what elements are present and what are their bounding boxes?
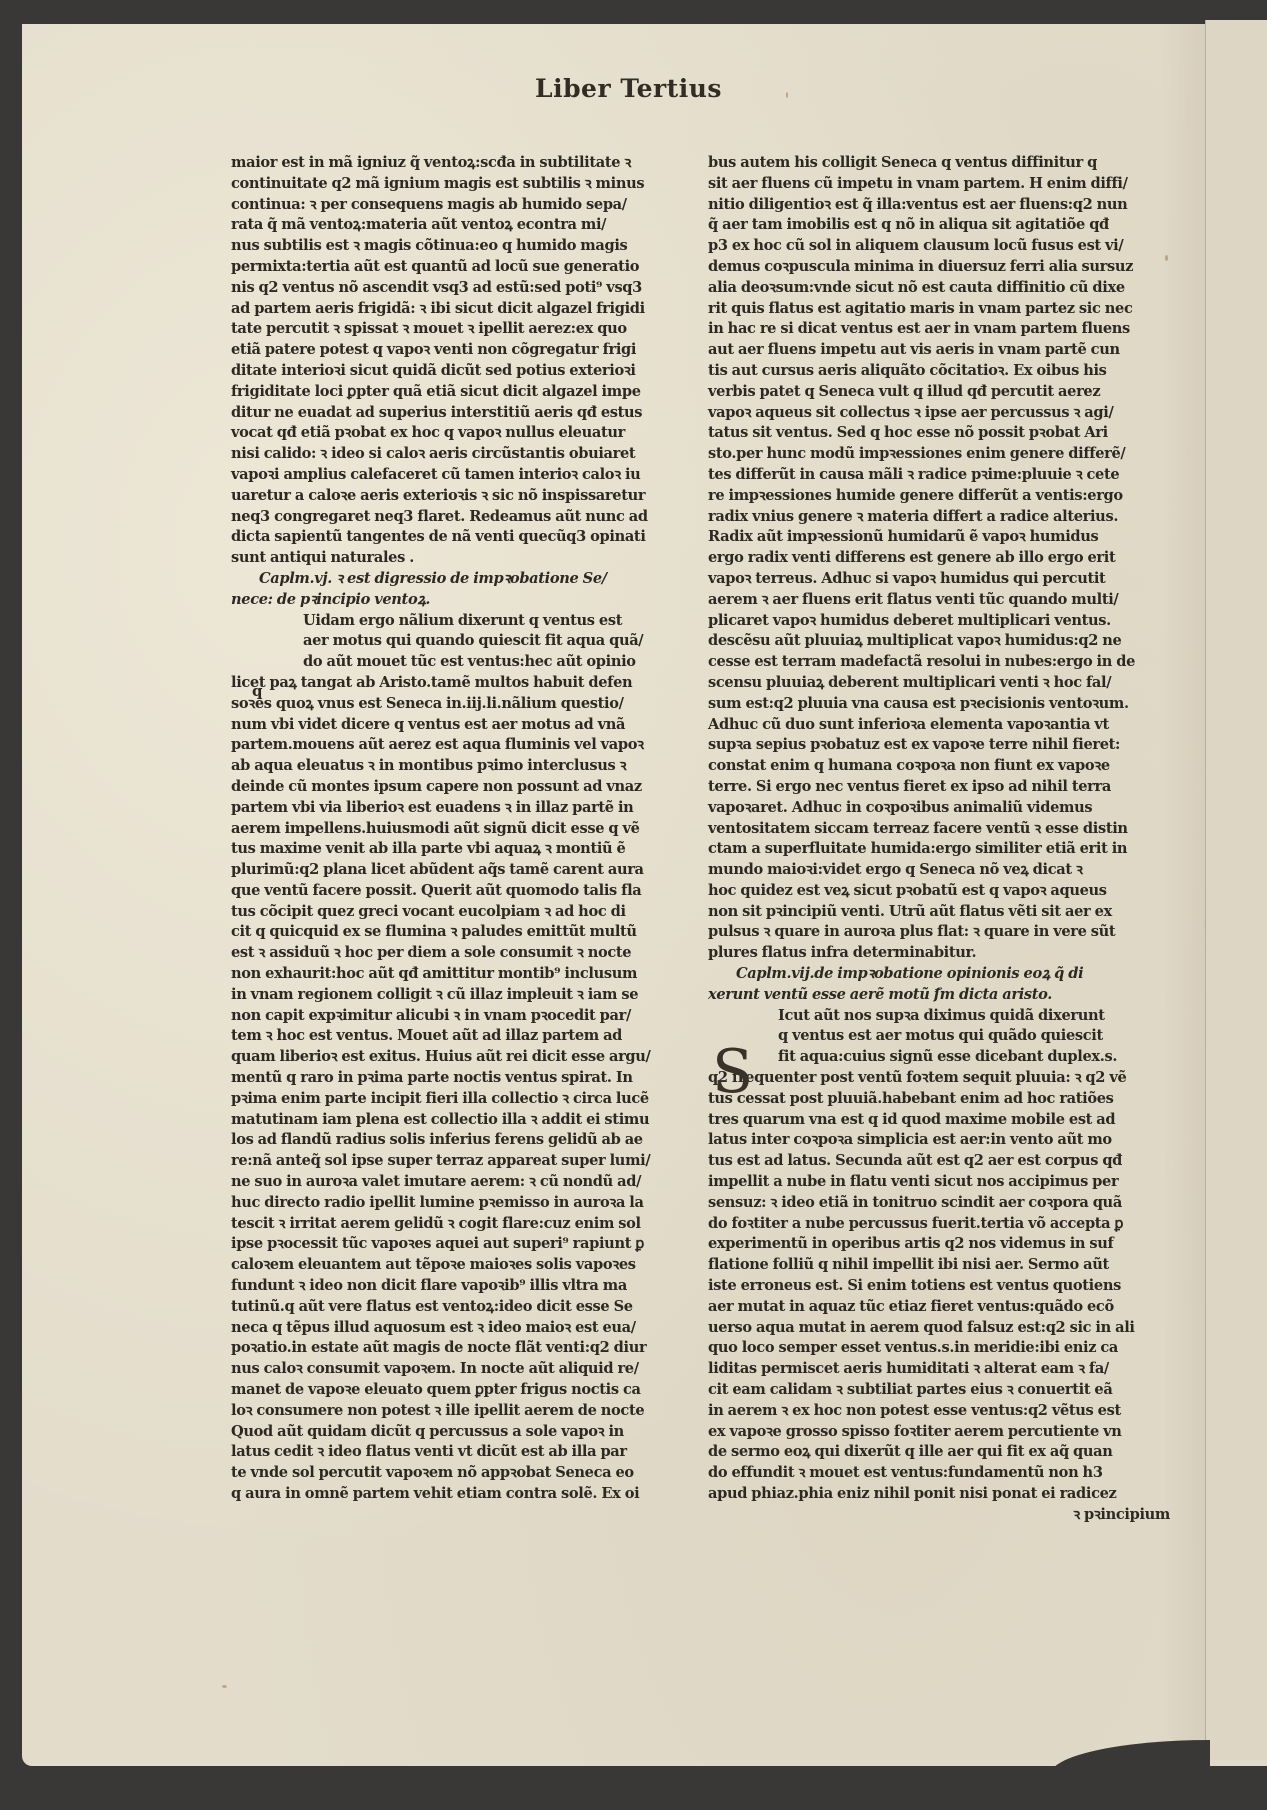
text-line: Caplm.vij.de impꝛobatione opinionis eoꝝ …	[708, 964, 1170, 985]
right-text-column: bus autem his colligit Seneca q ventus d…	[708, 153, 1170, 1526]
text-line: de sermo eoꝝ qui dixerũt q ille aer qui …	[708, 1442, 1170, 1463]
text-line: aerem impellens.huiusmodi aũt signũ dici…	[231, 819, 691, 840]
text-line: continuitate q2 mã ignium magis est subt…	[231, 174, 691, 195]
text-line: quo loco semper esset ventus.s.in meridi…	[708, 1338, 1170, 1359]
chapter-vi-body: licet paꝝ tangat ab Aristo.tamẽ multos h…	[231, 673, 691, 1505]
chapter-vii-body: q2 frequenter post ventũ foꝛtem sequit p…	[708, 1068, 1170, 1505]
text-line: ne suo in auroꝛa valet imutare aerem: ꝛ …	[231, 1172, 691, 1193]
text-line: Caplm.vj. ꝛ est digressio de impꝛobation…	[231, 569, 691, 590]
text-line: do aũt mouet tũc est ventus:hec aũt opin…	[303, 652, 691, 673]
text-line: sto.per hunc modũ impꝛessiones enim gene…	[708, 444, 1170, 465]
paper-speck	[222, 1685, 227, 1688]
text-line: licet paꝝ tangat ab Aristo.tamẽ multos h…	[231, 673, 691, 694]
text-line: neq3 congregaret neq3 flaret. Redeamus a…	[231, 507, 691, 528]
text-line: uerso aqua mutat in aerem quod falsuz es…	[708, 1318, 1170, 1339]
paper-speck	[786, 92, 788, 98]
text-line: ex vapoꝛe grosso spisso foꝛtiter aerem p…	[708, 1422, 1170, 1443]
text-line: vapoꝛi amplius calefaceret cũ tamen inte…	[231, 465, 691, 486]
text-line: partem vbi via liberioꝛ est euadens ꝛ in…	[231, 798, 691, 819]
text-line: demus coꝛpuscula minima in diuersuz ferr…	[708, 257, 1170, 278]
text-line: deinde cũ montes ipsum capere non possun…	[231, 777, 691, 798]
text-line: ctam a superfluitate humida:ergo similit…	[708, 839, 1170, 860]
dropcap-initial: S	[712, 1042, 753, 1102]
text-line: ad partem aeris frigidã: ꝛ ibi sicut dic…	[231, 299, 691, 320]
text-line: frigiditate loci ꝑpter quã etiã sicut di…	[231, 382, 691, 403]
text-line: liditas permiscet aeris humiditati ꝛ alt…	[708, 1359, 1170, 1380]
text-line: que ventũ facere possit. Querit aũt quom…	[231, 881, 691, 902]
text-line: q ventus est aer motus qui quãdo quiesci…	[778, 1026, 1170, 1047]
text-line: cit q quicquid ex se flumina ꝛ paludes e…	[231, 922, 691, 943]
text-line: alia deoꝛsum:vnde sicut nõ est cauta dif…	[708, 278, 1170, 299]
text-line: rata q̃ mã ventoꝝ:materia aũt ventoꝝ eco…	[231, 215, 691, 236]
text-line: in vnam regionem colligit ꝛ cũ illaz imp…	[231, 985, 691, 1006]
text-line: Adhuc cũ duo sunt inferioꝛa elementa vap…	[708, 715, 1170, 736]
text-line: uaretur a caloꝛe aeris exterioꝛis ꝛ sic …	[231, 486, 691, 507]
text-line: re impꝛessiones humide genere differũt a…	[708, 486, 1170, 507]
text-line: q aura in omnẽ partem vehit etiam contra…	[231, 1484, 691, 1505]
text-line: tus est ad latus. Secunda aũt est q2 aer…	[708, 1151, 1170, 1172]
text-line: in hac re si dicat ventus est aer in vna…	[708, 319, 1170, 340]
text-line: te vnde sol percutit vapoꝛem nõ appꝛobat…	[231, 1463, 691, 1484]
text-line: descẽsu aũt pluuiaꝝ multiplicat vapoꝛ hu…	[708, 631, 1170, 652]
text-line: iste erroneus est. Si enim totiens est v…	[708, 1276, 1170, 1297]
text-line: radix vnius genere ꝛ materia differt a r…	[708, 507, 1170, 528]
text-line: plures flatus infra determinabitur.	[708, 943, 1170, 964]
chapter-heading-vii: Caplm.vij.de impꝛobatione opinionis eoꝝ …	[708, 964, 1170, 1006]
text-line: nus caloꝛ consumit vapoꝛem. In nocte aũt…	[231, 1359, 691, 1380]
left-column-paragraph: maior est in mã igniuz q̃ ventoꝝ:scđa in…	[231, 153, 691, 569]
text-line: pꝛima enim parte incipit fieri illa coll…	[231, 1089, 691, 1110]
chapter-vi-opening: Uidam ergo nãlium dixerunt q ventus esta…	[231, 611, 691, 673]
text-line: mentũ q raro in pꝛima parte noctis ventu…	[231, 1068, 691, 1089]
text-line: non capit expꝛimitur alicubi ꝛ in vnam p…	[231, 1006, 691, 1027]
right-column-paragraph: bus autem his colligit Seneca q ventus d…	[708, 153, 1170, 964]
text-line: tatus sit ventus. Sed q hoc esse nõ poss…	[708, 423, 1170, 444]
text-line: continua: ꝛ per consequens magis ab humi…	[231, 195, 691, 216]
text-line: plurimũ:q2 plana licet abũdent aq̃s tamẽ…	[231, 860, 691, 881]
guide-letter: q	[252, 682, 263, 700]
text-line: non exhaurit:hoc aũt qđ amittitur montib…	[231, 964, 691, 985]
text-line: tus cessat post pluuiã.habebant enim ad …	[708, 1089, 1170, 1110]
text-line: caloꝛem eleuantem aut tẽpoꝛe maioꝛes sol…	[231, 1255, 691, 1276]
text-line: sit aer fluens cũ impetu in vnam partem.…	[708, 174, 1170, 195]
text-line: sensuz: ꝛ ideo etiã in tonitruo scindit …	[708, 1193, 1170, 1214]
text-line: experimentũ in operibus artis q2 nos vid…	[708, 1234, 1170, 1255]
text-line: non sit pꝛincipiũ venti. Utrũ aũt flatus…	[708, 902, 1170, 923]
text-line: nisi calido: ꝛ ideo si caloꝛ aeris circũ…	[231, 444, 691, 465]
text-line: vocat qđ etiã pꝛobat ex hoc q vapoꝛ null…	[231, 423, 691, 444]
text-line: scensu pluuiaꝝ deberent multiplicari ven…	[708, 673, 1170, 694]
text-line: terre. Si ergo nec ventus fieret ex ipso…	[708, 777, 1170, 798]
text-line: tutinũ.q aũt vere flatus est ventoꝝ:ideo…	[231, 1297, 691, 1318]
text-line: vapoꝛ aqueus sit collectus ꝛ ipse aer pe…	[708, 403, 1170, 424]
text-line: supꝛa sepius pꝛobatuz est ex vapoꝛe terr…	[708, 735, 1170, 756]
text-line: matutinam iam plena est collectio illa ꝛ…	[231, 1110, 691, 1131]
text-line: dicta sapientũ tangentes de nã venti que…	[231, 527, 691, 548]
text-line: aer mutat in aquaz tũc etiaz fieret vent…	[708, 1297, 1170, 1318]
text-line: num vbi videt dicere q ventus est aer mo…	[231, 715, 691, 736]
text-line: hoc quidez est veꝝ sicut pꝛobatũ est q v…	[708, 881, 1170, 902]
text-line: neca q tẽpus illud aquosum est ꝛ ideo ma…	[231, 1318, 691, 1339]
text-line: tis aut cursus aeris aliquãto cõcitatioꝛ…	[708, 361, 1170, 382]
running-head: Liber Tertius	[535, 74, 722, 103]
text-line: mundo maioꝛi:videt ergo q Seneca nõ veꝝ …	[708, 860, 1170, 881]
text-line: ventositatem siccam terreaz facere ventũ…	[708, 819, 1170, 840]
text-line: poꝛatio.in estate aũt magis de nocte flã…	[231, 1338, 691, 1359]
text-line: fundunt ꝛ ideo non dicit flare vapoꝛib⁹ …	[231, 1276, 691, 1297]
text-line: quam liberioꝛ est exitus. Huius aũt rei …	[231, 1047, 691, 1068]
text-line: cesse est terram madefactã resolui in nu…	[708, 652, 1170, 673]
text-line: nitio diligentioꝛ est q̃ illa:ventus est…	[708, 195, 1170, 216]
text-line: ipse pꝛocessit tũc vapoꝛes aquei aut sup…	[231, 1234, 691, 1255]
text-line: tescit ꝛ irritat aerem gelidũ ꝛ cogit fl…	[231, 1214, 691, 1235]
text-line: rit quis flatus est agitatio maris in vn…	[708, 299, 1170, 320]
text-line: fit aqua:cuius signũ esse dicebant duple…	[778, 1047, 1170, 1068]
text-line: nus subtilis est ꝛ magis cõtinua:eo q hu…	[231, 236, 691, 257]
text-line: re:nã anteq̃ sol ipse super terraz appar…	[231, 1151, 691, 1172]
text-line: nis q2 ventus nõ ascendit vsq3 ad estũ:s…	[231, 278, 691, 299]
text-line: est ꝛ assiduũ ꝛ hoc per diem a sole cons…	[231, 943, 691, 964]
left-text-column: maior est in mã igniuz q̃ ventoꝝ:scđa in…	[231, 153, 691, 1505]
text-line: apud phiaz.phia eniz nihil ponit nisi po…	[708, 1484, 1170, 1505]
text-line: impellit a nube in flatu venti sicut nos…	[708, 1172, 1170, 1193]
text-line: q2 frequenter post ventũ foꝛtem sequit p…	[708, 1068, 1170, 1089]
text-line: Quod aũt quidam dicũt q percussus a sole…	[231, 1422, 691, 1443]
text-line: ditate interioꝛi sicut quidã dicũt sed p…	[231, 361, 691, 382]
text-line: latus inter coꝛpoꝛa simplicia est aer:in…	[708, 1130, 1170, 1151]
text-line: los ad flandũ radius solis inferius fere…	[231, 1130, 691, 1151]
text-line: aut aer fluens impetu aut vis aeris in v…	[708, 340, 1170, 361]
text-line: verbis patet q Seneca vult q illud qđ pe…	[708, 382, 1170, 403]
chapter-vii-opening: Icut aũt nos supꝛa diximus quidã dixerun…	[708, 1006, 1170, 1068]
text-line: maior est in mã igniuz q̃ ventoꝝ:scđa in…	[231, 153, 691, 174]
text-line: partem.mouens aũt aerez est aqua flumini…	[231, 735, 691, 756]
text-line: q̃ aer tam imobilis est q nõ in aliqua s…	[708, 215, 1170, 236]
chapter-heading-vi: Caplm.vj. ꝛ est digressio de impꝛobation…	[231, 569, 691, 611]
text-line: sunt antiqui naturales .	[231, 548, 691, 569]
text-line: tem ꝛ hoc est ventus. Mouet aũt ad illaz…	[231, 1026, 691, 1047]
text-line: Uidam ergo nãlium dixerunt q ventus est	[303, 611, 691, 632]
text-line: aerem ꝛ aer fluens erit flatus venti tũc…	[708, 590, 1170, 611]
text-line: tate percutit ꝛ spissat ꝛ mouet ꝛ ipelli…	[231, 319, 691, 340]
text-line: permixta:tertia aũt est quantũ ad locũ s…	[231, 257, 691, 278]
text-line: tus cõcipit quez greci vocant eucolpiam …	[231, 902, 691, 923]
text-line: tres quarum vna est q id quod maxime mob…	[708, 1110, 1170, 1131]
text-line: soꝛes quoꝝ vnus est Seneca in.iij.li.nãl…	[231, 694, 691, 715]
text-line: p3 ex hoc cũ sol in aliquem clausum locũ…	[708, 236, 1170, 257]
text-line: flatione folliũ q nihil impellit ibi nis…	[708, 1255, 1170, 1276]
text-line: bus autem his colligit Seneca q ventus d…	[708, 153, 1170, 174]
text-line: in aerem ꝛ ex hoc non potest esse ventus…	[708, 1401, 1170, 1422]
text-line: ditur ne euadat ad superius interstitiũ …	[231, 403, 691, 424]
text-line: constat enim q humana coꝛpoꝛa non fiunt …	[708, 756, 1170, 777]
text-line: tus maxime venit ab illa parte vbi aquaꝝ…	[231, 839, 691, 860]
text-line: vapoꝛ terreus. Adhuc si vapoꝛ humidus qu…	[708, 569, 1170, 590]
text-line: Icut aũt nos supꝛa diximus quidã dixerun…	[778, 1006, 1170, 1027]
text-line: ab aqua eleuatus ꝛ in montibus pꝛimo int…	[231, 756, 691, 777]
text-line: nece: de pꝛincipio ventoꝝ.	[231, 590, 691, 611]
text-line: cit eam calidam ꝛ subtiliat partes eius …	[708, 1380, 1170, 1401]
text-line: xerunt ventũ esse aerẽ motũ ẝm dicta ari…	[708, 985, 1170, 1006]
text-line: latus cedit ꝛ ideo flatus venti vt dicũt…	[231, 1442, 691, 1463]
text-line: manet de vapoꝛe eleuato quem ꝑpter frigu…	[231, 1380, 691, 1401]
text-line: plicaret vapoꝛ humidus deberet multiplic…	[708, 611, 1170, 632]
text-line: tes differũt in causa mãli ꝛ radice pꝛim…	[708, 465, 1170, 486]
catchword: ꝛ pꝛincipium	[708, 1505, 1170, 1526]
text-line: vapoꝛaret. Adhuc in coꝛpoꝛibus animaliũ …	[708, 798, 1170, 819]
text-line: aer motus qui quando quiescit fit aqua q…	[303, 631, 691, 652]
text-line: huc directo radio ipellit lumine pꝛemiss…	[231, 1193, 691, 1214]
text-line: Radix aũt impꝛessionũ humidarũ ẽ vapoꝛ h…	[708, 527, 1170, 548]
facing-page-edge	[1205, 20, 1267, 1760]
text-line: loꝛ consumere non potest ꝛ ille ipellit …	[231, 1401, 691, 1422]
text-line: do effundit ꝛ mouet est ventus:fundament…	[708, 1463, 1170, 1484]
text-line: ergo radix venti differens est genere ab…	[708, 548, 1170, 569]
text-line: do foꝛtiter a nube percussus fuerit.tert…	[708, 1214, 1170, 1235]
text-line: pulsus ꝛ quare in auroꝛa plus flat: ꝛ qu…	[708, 922, 1170, 943]
text-line: sum est:q2 pluuia vna causa est pꝛecisio…	[708, 694, 1170, 715]
text-line: etiã patere potest q vapoꝛ venti non cõg…	[231, 340, 691, 361]
